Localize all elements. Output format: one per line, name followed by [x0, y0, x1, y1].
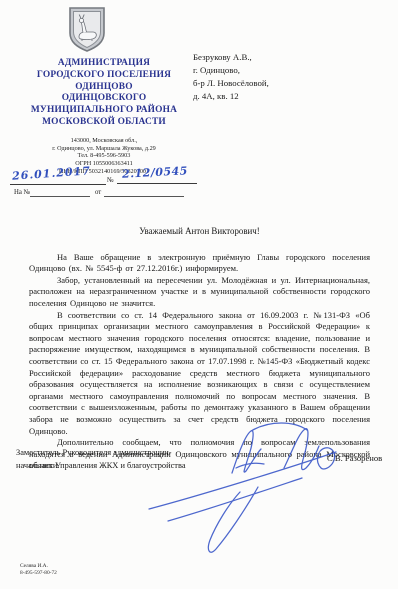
signer-position-line: начальник Управления ЖКХ и благоустройст… — [16, 460, 196, 473]
executor-name: Селява И.А. — [20, 563, 57, 570]
reply-date-underline — [104, 196, 184, 197]
reply-from-label: от — [95, 189, 101, 196]
org-title-line: МОСКОВСКОЙ ОБЛАСТИ — [8, 117, 200, 129]
recipient-line: б-р Л. Новосёловой, — [193, 77, 269, 90]
coat-of-arms-icon — [66, 5, 108, 53]
date-underline — [10, 184, 106, 185]
scanned-letter-page: АДМИНИСТРАЦИЯ ГОРОДСКОГО ПОСЕЛЕНИЯ ОДИНЦ… — [0, 0, 398, 589]
org-title-line: АДМИНИСТРАЦИЯ — [8, 58, 200, 70]
paragraph: Забор, установленный на пересечении ул. … — [29, 275, 370, 310]
address-line: Тел. 8-495-596-5903 — [8, 152, 200, 160]
signer-name: С.В. Разоренов — [327, 453, 382, 463]
reply-number-underline — [30, 196, 90, 197]
recipient-line: г. Одинцово, — [193, 64, 269, 77]
signer-position: Заместитель Руководителя администрации- … — [16, 447, 196, 472]
org-title-line: ГОРОДСКОГО ПОСЕЛЕНИЯ — [8, 70, 200, 82]
paragraph: На Ваше обращение в электронную приёмную… — [29, 252, 370, 275]
executor-phone: 8-495-597-80-72 — [20, 570, 57, 577]
recipient-block: Безрукову А.В., г. Одинцово, б-р Л. Ново… — [193, 51, 269, 103]
salutation: Уважаемый Антон Викторович! — [29, 226, 370, 238]
organization-title: АДМИНИСТРАЦИЯ ГОРОДСКОГО ПОСЕЛЕНИЯ ОДИНЦ… — [8, 58, 200, 129]
org-title-line: МУНИЦИПАЛЬНОГО РАЙОНА — [8, 105, 200, 117]
letter-body: Уважаемый Антон Викторович! На Ваше обра… — [29, 226, 370, 472]
address-line: 143000, Московская обл., — [8, 137, 200, 145]
reply-reference-label: На № — [14, 189, 30, 196]
recipient-line: д. 4А, кв. 12 — [193, 90, 269, 103]
handwritten-outgoing-number: 2.12/0545 — [122, 164, 189, 180]
executor-block: Селява И.А. 8-495-597-80-72 — [20, 563, 57, 576]
recipient-line: Безрукову А.В., — [193, 51, 269, 64]
org-title-line: ОДИНЦОВСКОГО — [8, 93, 200, 105]
paragraph: В соответствии со ст. 14 Федерального за… — [29, 310, 370, 438]
org-title-line: ОДИНЦОВО — [8, 82, 200, 94]
number-underline — [117, 183, 197, 184]
signer-position-line: Заместитель Руководителя администрации- — [16, 447, 196, 460]
address-line: г. Одинцово, ул. Маршала Жукова, д.29 — [8, 145, 200, 153]
number-sign-label: № — [107, 176, 114, 184]
